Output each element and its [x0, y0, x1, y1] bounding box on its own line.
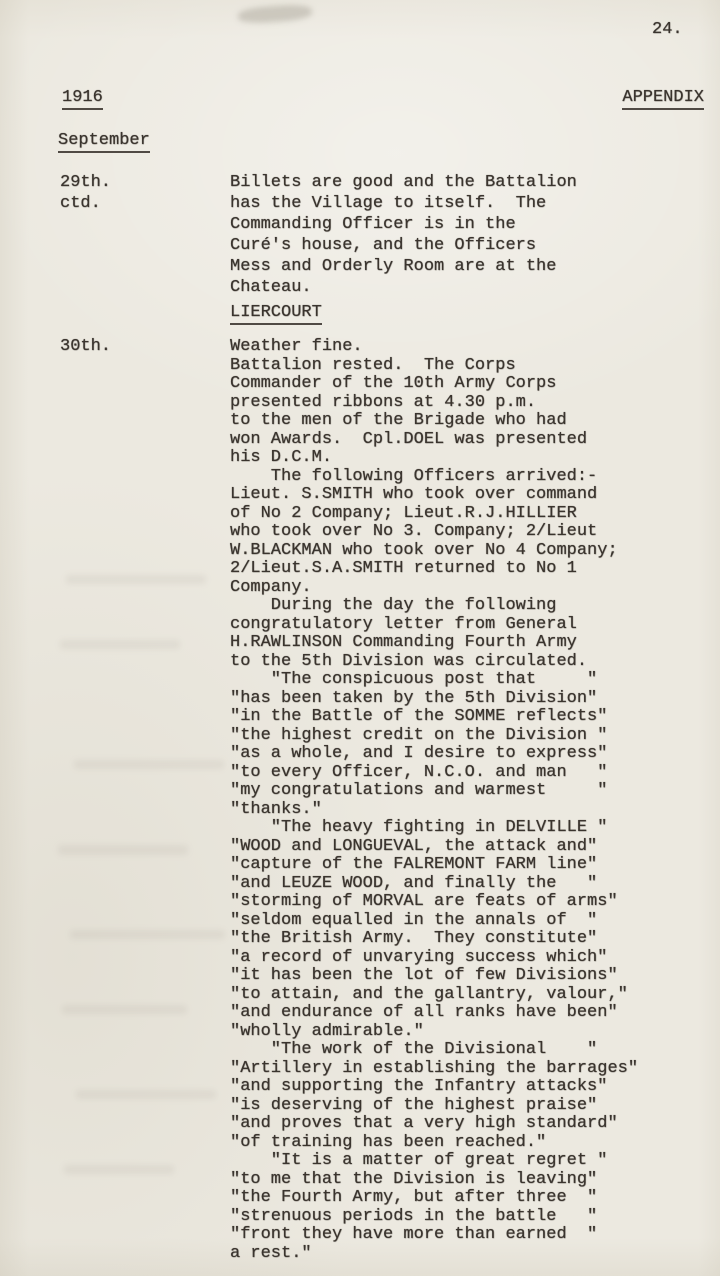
text-line: Company.	[230, 579, 638, 598]
page-number: 24.	[652, 20, 683, 39]
text-line: Billets are good and the Battalion	[230, 172, 577, 193]
text-line: Commander of the 10th Army Corps	[230, 375, 638, 394]
text-line: "Artillery in establishing the barrages"	[230, 1060, 638, 1079]
text-line: Lieut. S.SMITH who took over command	[230, 486, 638, 505]
text-line: Weather fine.	[230, 338, 638, 357]
text-line: "and LEUZE WOOD, and finally the "	[230, 875, 638, 894]
bleed-through-ghost	[74, 760, 224, 769]
text-line: "capture of the FALREMONT FARM line"	[230, 856, 638, 875]
text-line: W.BLACKMAN who took over No 4 Company;	[230, 542, 638, 561]
text-line: "of training has been reached."	[230, 1134, 638, 1153]
bleed-through-ghost	[70, 930, 225, 939]
page-header: 1916 APPENDIX	[62, 88, 704, 110]
text-line: his D.C.M.	[230, 449, 638, 468]
text-line: "front they have more than earned "	[230, 1226, 638, 1245]
text-line: who took over No 3. Company; 2/Lieut	[230, 523, 638, 542]
text-line: ctd.	[60, 193, 111, 214]
text-line: "The work of the Divisional "	[230, 1041, 638, 1060]
text-line: "my congratulations and warmest "	[230, 782, 638, 801]
text-line: Chateau.	[230, 277, 577, 298]
text-line: "The heavy fighting in DELVILLE "	[230, 819, 638, 838]
text-line: "it has been the lot of few Divisions"	[230, 967, 638, 986]
text-line: "to attain, and the gallantry, valour,"	[230, 986, 638, 1005]
text-line: has the Village to itself. The	[230, 193, 577, 214]
text-line: "thanks."	[230, 801, 638, 820]
text-line: to the men of the Brigade who had	[230, 412, 638, 431]
text-line: Curé's house, and the Officers	[230, 235, 577, 256]
text-line: "seldom equalled in the annals of "	[230, 912, 638, 931]
text-line: of No 2 Company; Lieut.R.J.HILLIER	[230, 505, 638, 524]
text-line: Battalion rested. The Corps	[230, 357, 638, 376]
bleed-through-ghost	[60, 640, 180, 649]
entry-date-29th: 29th.ctd.	[60, 172, 111, 214]
text-line: "the British Army. They constitute"	[230, 930, 638, 949]
entry-body-30th: Weather fine.Battalion rested. The Corps…	[230, 338, 638, 1263]
year-heading: 1916	[62, 88, 103, 110]
entry-body-29th: Billets are good and the Battalionhas th…	[230, 172, 577, 298]
document-page: 24. 1916 APPENDIX September 29th.ctd. Bi…	[0, 0, 720, 1276]
text-line: "as a whole, and I desire to express"	[230, 745, 638, 764]
text-line: 30th.	[60, 338, 111, 357]
text-line: "and endurance of all ranks have been"	[230, 1004, 638, 1023]
location-heading-wrap: LIERCOURT	[230, 303, 322, 325]
text-line: congratulatory letter from General	[230, 616, 638, 635]
bleed-through-ghost	[66, 575, 206, 584]
entry-date-30th: 30th.	[60, 338, 111, 357]
text-line: During the day the following	[230, 597, 638, 616]
text-line: "a record of unvarying success which"	[230, 949, 638, 968]
text-line: "to every Officer, N.C.O. and man "	[230, 764, 638, 783]
appendix-heading: APPENDIX	[622, 88, 704, 110]
month-heading: September	[58, 131, 150, 153]
text-line: "to me that the Division is leaving"	[230, 1171, 638, 1190]
month-heading-wrap: September	[58, 131, 150, 153]
text-line: "has been taken by the 5th Division"	[230, 690, 638, 709]
text-line: H.RAWLINSON Commanding Fourth Army	[230, 634, 638, 653]
text-line: "storming of MORVAL are feats of arms"	[230, 893, 638, 912]
text-line: "wholly admirable."	[230, 1023, 638, 1042]
bleed-through-ghost	[76, 1090, 216, 1099]
bleed-through-ghost	[62, 1005, 187, 1014]
text-line: 29th.	[60, 172, 111, 193]
text-line: "in the Battle of the SOMME reflects"	[230, 708, 638, 727]
text-line: "WOOD and LONGUEVAL, the attack and"	[230, 838, 638, 857]
bleed-through-ghost	[64, 1165, 174, 1174]
text-line: to the 5th Division was circulated.	[230, 653, 638, 672]
text-line: "and proves that a very high standard"	[230, 1115, 638, 1134]
text-line: "and supporting the Infantry attacks"	[230, 1078, 638, 1097]
text-line: won Awards. Cpl.DOEL was presented	[230, 431, 638, 450]
text-line: The following Officers arrived:-	[230, 468, 638, 487]
location-heading: LIERCOURT	[230, 303, 322, 325]
text-line: "the Fourth Army, but after three "	[230, 1189, 638, 1208]
text-line: Mess and Orderly Room are at the	[230, 256, 577, 277]
text-line: presented ribbons at 4.30 p.m.	[230, 394, 638, 413]
text-line: 2/Lieut.S.A.SMITH returned to No 1	[230, 560, 638, 579]
ink-smudge	[238, 3, 313, 24]
text-line: "is deserving of the highest praise"	[230, 1097, 638, 1116]
text-line: "The conspicuous post that "	[230, 671, 638, 690]
text-line: "It is a matter of great regret "	[230, 1152, 638, 1171]
text-line: Commanding Officer is in the	[230, 214, 577, 235]
text-line: "strenuous periods in the battle "	[230, 1208, 638, 1227]
text-line: "the highest credit on the Division "	[230, 727, 638, 746]
bleed-through-ghost	[58, 845, 188, 855]
text-line: a rest."	[230, 1245, 638, 1264]
